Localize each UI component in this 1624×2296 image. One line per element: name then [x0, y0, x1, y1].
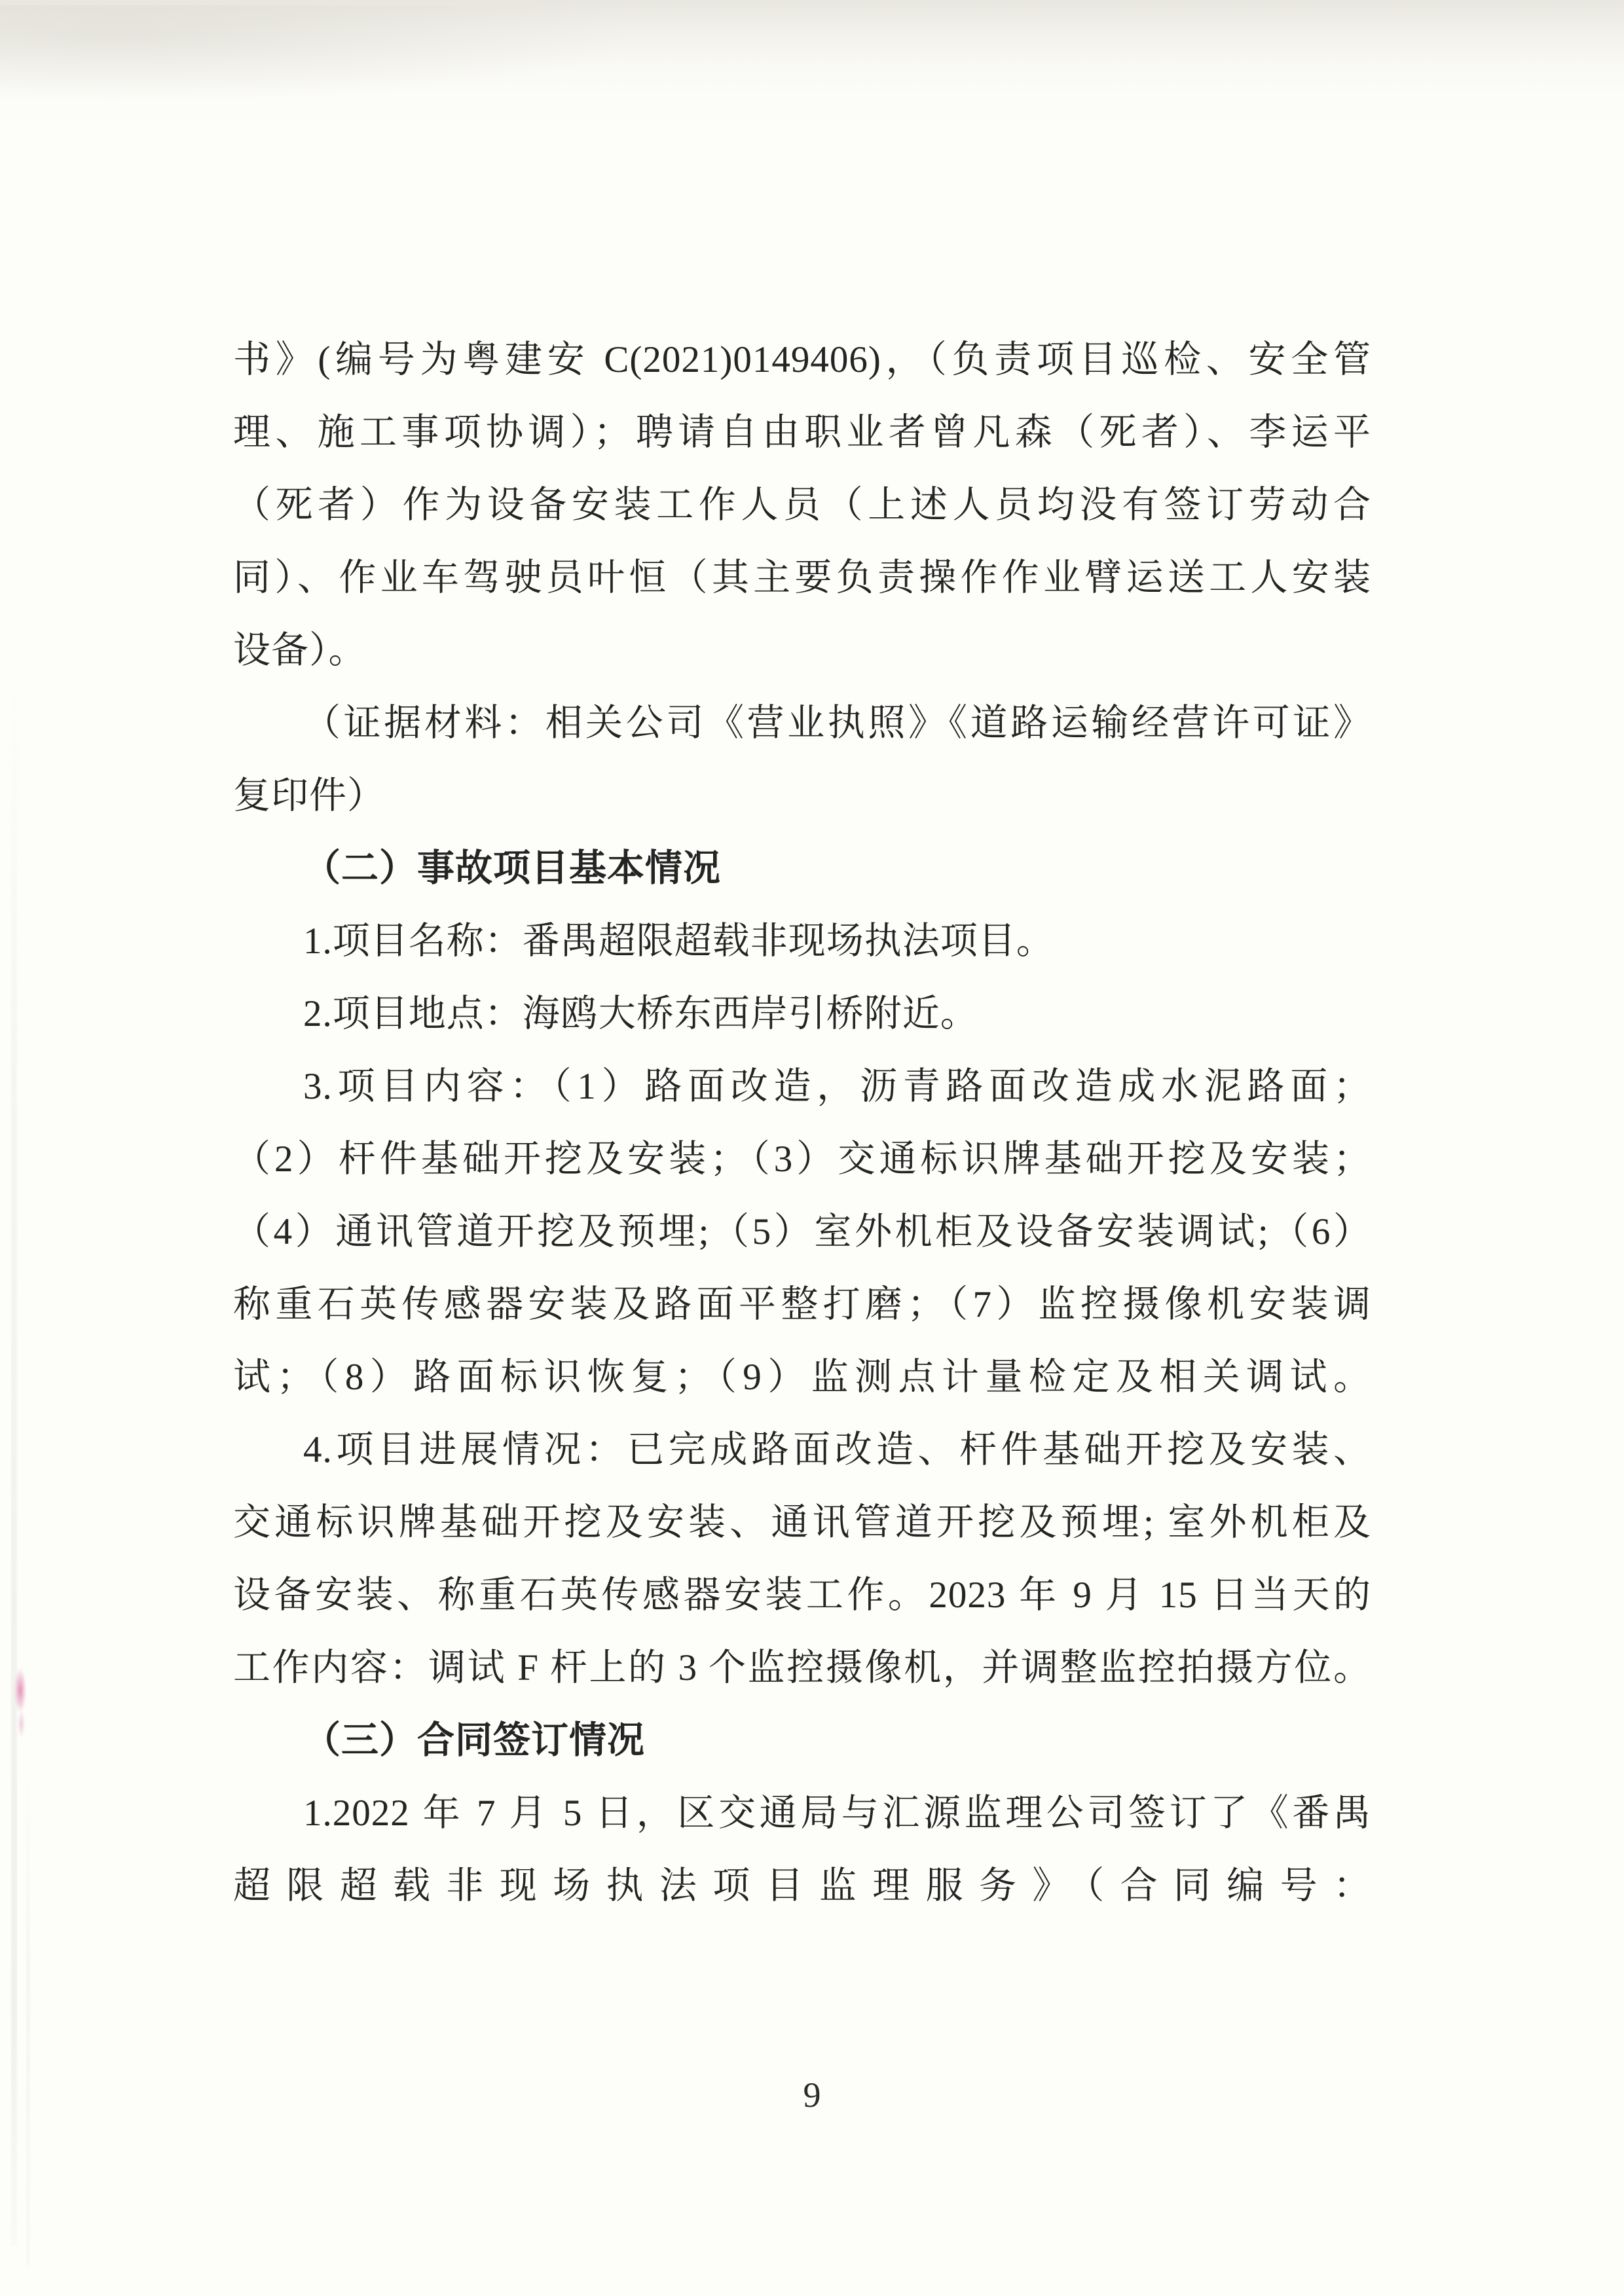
text-line: 同）、作业车驾驶员叶恒（其主要负责操作作业臂运送工人安装: [233, 541, 1371, 614]
text-line: 理、施工事项协调）；聘请自由职业者曾凡森（死者）、李运平: [233, 396, 1371, 469]
section-heading-3: （三）合同签订情况: [233, 1704, 1371, 1777]
document-page: 书》(编号为粤建安 C(2021)0149406)，（负责项目巡检、安全管 理、…: [0, 0, 1624, 2296]
document-body-text: 书》(编号为粤建安 C(2021)0149406)，（负责项目巡检、安全管 理、…: [233, 323, 1371, 1922]
scan-noise-top-band: [0, 0, 1624, 137]
text-line: 工作内容：调试 F 杆上的 3 个监控摄像机，并调整监控拍摄方位。: [233, 1631, 1371, 1704]
text-line: 称重石英传感器安装及路面平整打磨；（7）监控摄像机安装调: [233, 1268, 1371, 1341]
text-line: 复印件）: [233, 759, 1371, 832]
text-line: （死者）作为设备安装工作人员（上述人员均没有签订劳动合: [233, 469, 1371, 541]
scan-streak-left-edge-2: [26, 1768, 30, 2265]
scan-pink-mark: [14, 1668, 26, 1713]
scan-streak-left-edge: [11, 687, 17, 2246]
section-heading-2: （二）事故项目基本情况: [233, 832, 1371, 905]
text-line: 书》(编号为粤建安 C(2021)0149406)，（负责项目巡检、安全管: [233, 323, 1371, 396]
scan-pink-mark-2: [18, 1710, 25, 1738]
text-line: 3.项目内容：（1）路面改造，沥青路面改造成水泥路面；: [233, 1050, 1371, 1123]
text-line: 1.项目名称：番禺超限超载非现场执法项目。: [233, 905, 1371, 977]
text-line: 超限超载非现场执法项目监理服务》（合同编号：: [233, 1850, 1371, 1922]
text-line: 设备安装、称重石英传感器安装工作。2023 年 9 月 15 日当天的: [233, 1559, 1371, 1631]
text-line: 设备）。: [233, 614, 1371, 687]
text-line: 4.项目进展情况：已完成路面改造、杆件基础开挖及安装、: [233, 1413, 1371, 1486]
page-number: 9: [0, 2069, 1624, 2121]
text-line: （证据材料：相关公司《营业执照》《道路运输经营许可证》: [233, 687, 1371, 759]
text-line: 2.项目地点：海鸥大桥东西岸引桥附近。: [233, 977, 1371, 1050]
text-line: 试；（8）路面标识恢复；（9）监测点计量检定及相关调试。: [233, 1341, 1371, 1413]
text-line: （4）通讯管道开挖及预埋;（5）室外机柜及设备安装调试;（6）: [233, 1195, 1371, 1268]
text-line: 交通标识牌基础开挖及安装、通讯管道开挖及预埋; 室外机柜及: [233, 1486, 1371, 1559]
text-line: （2）杆件基础开挖及安装；（3）交通标识牌基础开挖及安装；: [233, 1123, 1371, 1195]
text-line: 1.2022 年 7 月 5 日，区交通局与汇源监理公司签订了《番禺: [233, 1777, 1371, 1850]
scan-noise-top-blotch: [0, 5, 642, 103]
